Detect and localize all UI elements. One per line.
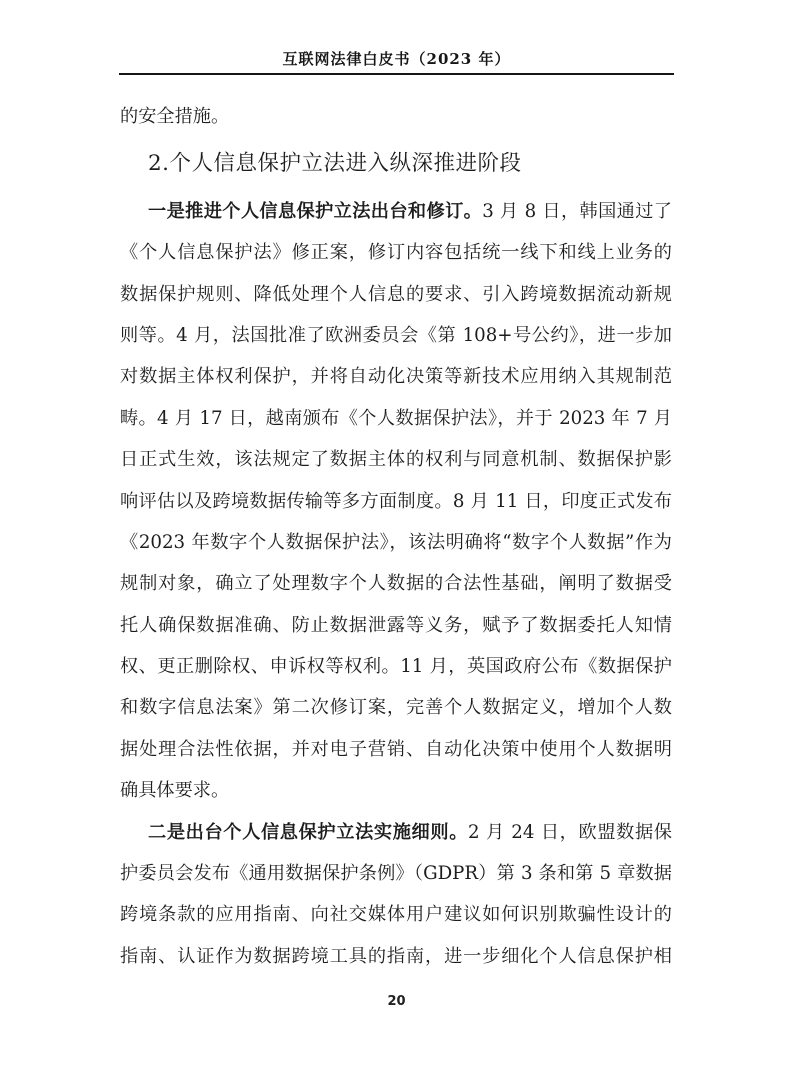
text-segment: 护委员会发布《通用数据保护条例》（GDPR）第 3 条和第 5 章数据 [120,863,672,884]
text-line: 畴。4 月 17 日，越南颁布《个人数据保护法》，并于 2023 年 7 月 1 [120,398,672,439]
text-line: 《2023 年数字个人数据保护法》，该法明确将“数字个人数据”作为 [120,522,672,563]
page-number: 20 [0,994,793,1009]
text-segment: 3 月 8 日，韩国通过了 [482,201,672,222]
text-segment: 2.个人信息保护立法进入纵深推进阶段 [148,151,522,176]
text-line: 权、更正删除权、申诉权等权利。11 月，英国政府公布《数据保护 [120,646,672,687]
text-segment: 响评估以及跨境数据传输等多方面制度。8 月 11 日，印度正式发布 [120,491,672,512]
text-segment: 规制对象，确立了处理数字个人数据的合法性基础，阐明了数据受 [120,573,672,594]
text-segment: 数据保护规则、降低处理个人信息的要求、引入跨境数据流动新规 [120,284,672,305]
text-segment: 日正式生效，该法规定了数据主体的权利与同意机制、数据保护影 [120,449,672,470]
section-heading-block: 2.个人信息保护立法进入纵深推进阶段 [120,143,672,184]
text-line: 确具体要求。 [120,770,672,811]
text-segment: 对数据主体权利保护，并将自动化决策等新技术应用纳入其规制范 [120,366,672,387]
bold-lead-in: 一是推进个人信息保护立法出台和修订。 [148,201,482,222]
text-segment: 和数字信息法案》第二次修订案，完善个人数据定义，增加个人数 [120,697,672,718]
text-segment: 确具体要求。 [120,780,229,801]
text-line: 指南、认证作为数据跨境工具的指南，进一步细化个人信息保护相 [120,936,672,977]
text-segment: 权、更正删除权、申诉权等权利。11 月，英国政府公布《数据保护 [120,656,672,677]
text-segment: 畴。4 月 17 日，越南颁布《个人数据保护法》，并于 2023 年 7 月 1 [120,408,672,439]
paragraph-block: 一是推进个人信息保护立法出台和修订。3 月 8 日，韩国通过了《个人信息保护法》… [120,191,672,812]
text-segment: 的安全措施。 [120,106,229,127]
text-line: 《个人信息保护法》修正案，修订内容包括统一线下和线上业务的 [120,232,672,273]
text-line: 和数字信息法案》第二次修订案，完善个人数据定义，增加个人数 [120,687,672,728]
paragraph-block: 的安全措施。 [120,96,672,137]
bold-lead-in: 二是出台个人信息保护立法实施细则。 [148,822,468,843]
text-line: 规制对象，确立了处理数字个人数据的合法性基础，阐明了数据受 [120,563,672,604]
text-line: 的安全措施。 [120,96,672,137]
document-body: 的安全措施。2.个人信息保护立法进入纵深推进阶段一是推进个人信息保护立法出台和修… [120,96,672,977]
document-page: 互联网法律白皮书（2023 年） 的安全措施。2.个人信息保护立法进入纵深推进阶… [0,0,793,1077]
text-segment: 《个人信息保护法》修正案，修订内容包括统一线下和线上业务的 [120,242,672,263]
text-line: 托人确保数据准确、防止数据泄露等义务，赋予了数据委托人知情 [120,605,672,646]
running-head-title: 互联网法律白皮书（2023 年） [0,48,793,69]
text-line: 据处理合法性依据，并对电子营销、自动化决策中使用个人数据明 [120,729,672,770]
text-line: 日正式生效，该法规定了数据主体的权利与同意机制、数据保护影 [120,439,672,480]
text-line: 跨境条款的应用指南、向社交媒体用户建议如何识别欺骗性设计的 [120,894,672,935]
text-segment: 跨境条款的应用指南、向社交媒体用户建议如何识别欺骗性设计的 [120,904,672,925]
text-segment: 则等。4 月，法国批准了欧洲委员会《第 108+号公约》，进一步加强 [120,325,672,356]
text-line: 一是推进个人信息保护立法出台和修订。3 月 8 日，韩国通过了 [120,191,672,232]
text-segment: 据处理合法性依据，并对电子营销、自动化决策中使用个人数据明 [120,739,672,760]
text-line: 则等。4 月，法国批准了欧洲委员会《第 108+号公约》，进一步加强 [120,315,672,356]
text-segment: 2 月 24 日，欧盟数据保 [468,822,672,843]
text-segment: 托人确保数据准确、防止数据泄露等义务，赋予了数据委托人知情 [120,615,672,636]
header-rule [119,73,674,75]
text-line: 数据保护规则、降低处理个人信息的要求、引入跨境数据流动新规 [120,274,672,315]
text-line: 响评估以及跨境数据传输等多方面制度。8 月 11 日，印度正式发布 [120,481,672,522]
paragraph-block: 二是出台个人信息保护立法实施细则。2 月 24 日，欧盟数据保护委员会发布《通用… [120,812,672,978]
text-line: 二是出台个人信息保护立法实施细则。2 月 24 日，欧盟数据保 [120,812,672,853]
text-segment: 指南、认证作为数据跨境工具的指南，进一步细化个人信息保护相 [120,946,672,967]
text-line: 护委员会发布《通用数据保护条例》（GDPR）第 3 条和第 5 章数据 [120,853,672,894]
text-segment: 《2023 年数字个人数据保护法》，该法明确将“数字个人数据”作为 [120,532,672,553]
section-heading: 2.个人信息保护立法进入纵深推进阶段 [120,143,672,184]
text-line: 对数据主体权利保护，并将自动化决策等新技术应用纳入其规制范 [120,356,672,397]
